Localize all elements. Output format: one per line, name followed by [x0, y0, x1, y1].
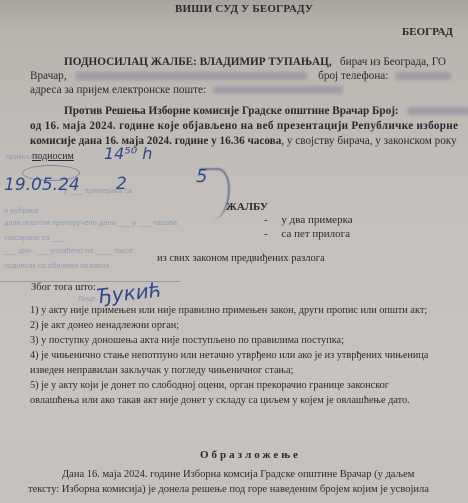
copies-text: у два примерка [281, 214, 352, 226]
handwritten-time: 14⁵⁰ h [104, 144, 152, 163]
applicant-line-3: адреса за пријем електронске поште: [30, 84, 343, 97]
applicant-label: ПОДНОСИЛАЦ ЖАЛБЕ: ВЛАДИМИР ТУПАЊАЦ, [64, 56, 332, 68]
email-label: адреса за пријем електронске поште: [30, 84, 206, 96]
court-title: ВИШИ СУД У БЕОГРАДУ [175, 3, 313, 16]
explanation-line: тексту: Изборна комисија) је донела реше… [28, 483, 429, 496]
ground-item: 5) је у акту који је донет по слободној … [30, 379, 389, 392]
redacted-address [75, 72, 307, 80]
ground-item: овлашћења или ако такав акт није донет у… [30, 394, 410, 407]
against-line-3: комисије дана 16. маја 2024. године у 16… [30, 135, 457, 148]
explanation-line: Дана 16. маја 2024. године Изборна комси… [62, 468, 414, 481]
phone-label: број телефона: [318, 70, 388, 82]
ground-item: 3) у поступку доношења акта није поступљ… [30, 334, 344, 347]
against-text: Против Решења Изборне комисије Градске о… [64, 105, 399, 117]
stamp-fragment: таксирано са ___ [4, 233, 64, 242]
copies-item: - у два примерка [264, 214, 353, 226]
applicant-line-2: Врачар, број телефона: [30, 70, 448, 83]
ground-item: 4) је чињенично стање непотпуно или нета… [30, 349, 429, 362]
against-line-2: од 16. маја 2024. године које објављено … [30, 120, 458, 133]
stamp-fragment: дана поштом препоручено дана ___ у ___ ч… [4, 218, 177, 227]
stamp-fragment: примљено [6, 152, 43, 161]
ground-item: 1) у акту није примењен или није правилн… [30, 304, 427, 317]
municipality: Врачар, [30, 70, 67, 82]
applicant-line-1: ПОДНОСИЛАЦ ЖАЛБЕ: ВЛАДИМИР ТУПАЊАЦ, бира… [64, 56, 446, 69]
applicant-residence: бирач из Београда, ГО [340, 56, 446, 69]
publication-date: комисије дана 16. маја 2024. године у 16… [30, 135, 281, 147]
ground-item: 2) је акт донео ненадлежни орган; [30, 319, 179, 332]
redacted-phone [395, 72, 451, 80]
attachments-text: са пет прилога [281, 228, 350, 240]
stamp-fragment: ___ дин. ___ уплаћено на ____ таксе [4, 246, 133, 255]
stamp-fragment: Лице [78, 294, 96, 303]
because-label: Због тога што: [31, 281, 96, 294]
redacted-decision-number [407, 107, 468, 115]
capacity-text: , у својству бирача, у законском року [281, 135, 456, 147]
ground-item: изведен неправилан закључак у погледу чи… [30, 364, 293, 377]
appeal-title: ЖАЛБУ [226, 201, 268, 214]
against-line-1: Против Решења Изборне комисије Градске о… [64, 105, 468, 118]
document-page: ВИШИ СУД У БЕОГРАДУ БЕОГРАД ПОДНОСИЛАЦ Ж… [0, 0, 468, 503]
handwritten-copies: 2 [116, 174, 127, 194]
handwritten-date: 19.05.24 [4, 175, 80, 195]
court-city: БЕОГРАД [402, 26, 453, 39]
explanation-title: Образложење [200, 449, 301, 462]
attachments-item: - са пет прилога [264, 228, 350, 240]
grounds-intro: из свих законом предвиђених разлога [157, 252, 325, 265]
redacted-email [213, 86, 343, 94]
stamp-fragment: и рубрика [4, 206, 38, 215]
stamp-fragment: поднесак са обичним позивом [4, 261, 109, 270]
handwritten-attachments: 5 [196, 166, 207, 187]
